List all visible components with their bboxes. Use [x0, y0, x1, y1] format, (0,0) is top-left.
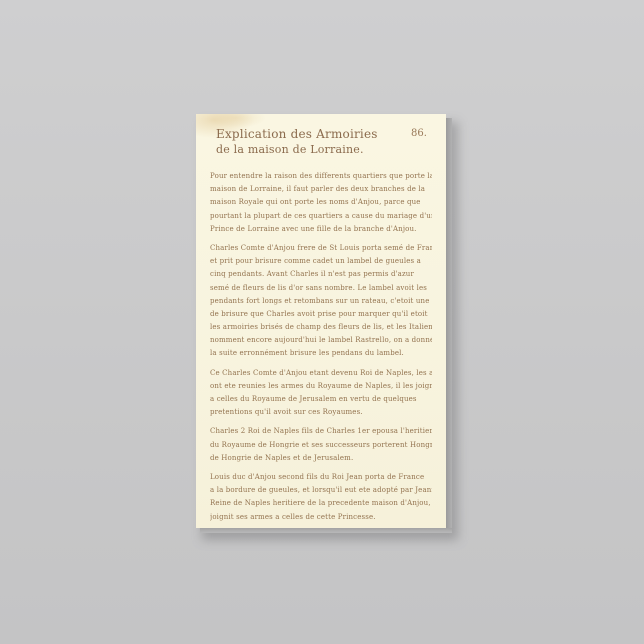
text-line: maison Royale qui ont porte les noms d'A… [210, 196, 432, 209]
text-line: de Hongrie de Naples et de Jerusalem. [210, 452, 432, 465]
text-line: a la bordure de gueules, et lorsqu'il eu… [210, 484, 432, 497]
text-line: nomment encore aujourd'hui le lambel Ras… [210, 334, 432, 347]
text-line: a celles du Royaume de Jerusalem en vert… [210, 393, 432, 406]
manuscript-heading: Explication des Armoiries de la maison d… [216, 126, 378, 158]
text-line: joignit ses armes a celles de cette Prin… [210, 511, 432, 524]
paragraph-1: Pour entendre la raison des differents q… [210, 170, 432, 236]
paragraph-5: Louis duc d'Anjou second fils du Roi Jea… [210, 471, 432, 524]
canvas-side-edge-bottom [200, 528, 452, 533]
text-line: maison de Lorraine, il faut parler des d… [210, 183, 432, 196]
text-line: ont ete reunies les armes du Royaume de … [210, 380, 432, 393]
manuscript-body: Pour entendre la raison des differents q… [210, 170, 432, 528]
heading-line-1: Explication des Armoiries [216, 127, 378, 141]
text-line: Reine de Naples heritiere de la preceden… [210, 497, 432, 510]
text-line: les armoiries brisés de champ des fleurs… [210, 321, 432, 334]
text-line: pourtant la plupart de ces quartiers a c… [210, 210, 432, 223]
paragraph-2: Charles Comte d'Anjou frere de St Louis … [210, 242, 432, 361]
page-number: 86. [411, 128, 427, 139]
text-line: Pour entendre la raison des differents q… [210, 170, 432, 183]
text-line: la suite erronnément brisure les pendans… [210, 347, 432, 360]
canvas-face: Explication des Armoiries de la maison d… [196, 114, 446, 528]
paragraph-4: Charles 2 Roi de Naples fils de Charles … [210, 425, 432, 465]
text-line: Prince de Lorraine avec une fille de la … [210, 223, 432, 236]
text-line: du Royaume de Hongrie et ses successeurs… [210, 439, 432, 452]
canvas-print: Explication des Armoiries de la maison d… [196, 114, 446, 528]
text-line: pretentions qu'il avoit sur ces Royaumes… [210, 406, 432, 419]
text-line: Charles 2 Roi de Naples fils de Charles … [210, 425, 432, 438]
text-line: Ce Charles Comte d'Anjou etant devenu Ro… [210, 367, 432, 380]
canvas-side-edge-right [446, 118, 452, 532]
text-line: de brisure que Charles avoit prise pour … [210, 308, 432, 321]
text-line: et prit pour brisure comme cadet un lamb… [210, 255, 432, 268]
heading-line-2: de la maison de Lorraine. [216, 142, 378, 158]
text-line: cinq pendants. Avant Charles il n'est pa… [210, 268, 432, 281]
text-line: Charles Comte d'Anjou frere de St Louis … [210, 242, 432, 255]
text-line: Louis duc d'Anjou second fils du Roi Jea… [210, 471, 432, 484]
text-line: pendants fort longs et retombans sur un … [210, 295, 432, 308]
text-line: semé de fleurs de lis d'or sans nombre. … [210, 282, 432, 295]
paragraph-3: Ce Charles Comte d'Anjou etant devenu Ro… [210, 367, 432, 420]
